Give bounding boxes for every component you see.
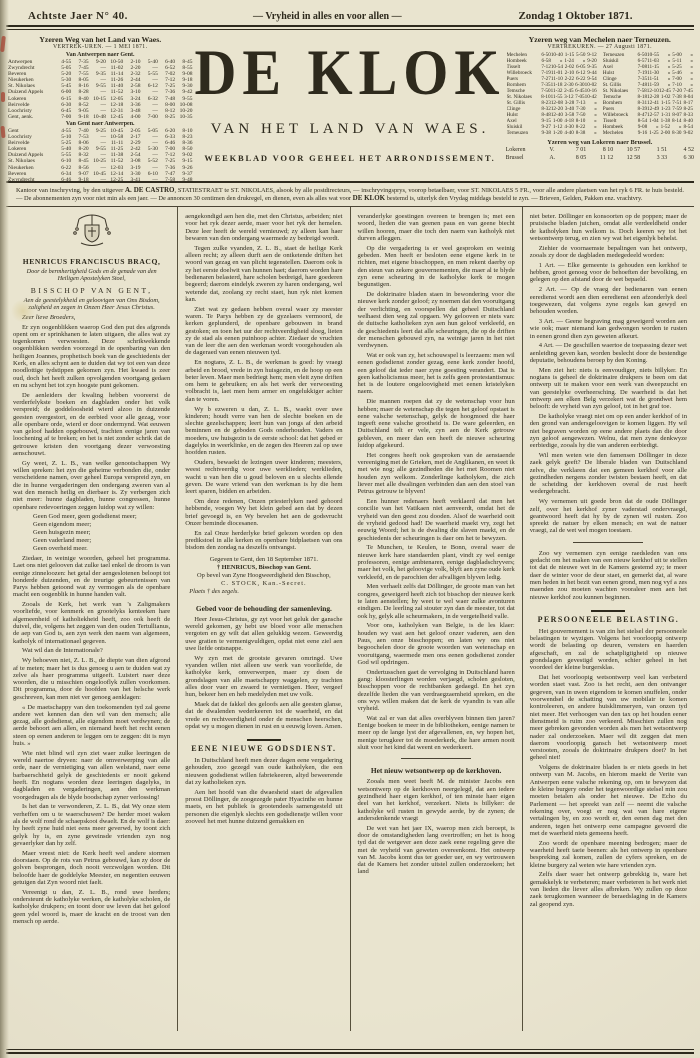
- signature-block: Gegeven te Gent, den 18 September 1871.†…: [185, 556, 342, 597]
- letter-address: Aen de geestelykheid en geloovigen van O…: [17, 297, 166, 311]
- timetable-row: BrusselA.8 0511 1212 583 336 30: [506, 155, 694, 163]
- timetable-time: 2-00: [659, 130, 670, 136]
- timetable-time: —: [89, 177, 106, 181]
- notice-segment: bestemd is, uiterlyk den Vrydag middags …: [385, 195, 642, 202]
- body-paragraph: Wy behoeven niet, Z. L. B., de diepte va…: [13, 657, 170, 701]
- body-paragraph: Ziehier de voornaemste bepalingen van he…: [530, 245, 687, 260]
- timetable-station: Terneuzen: [507, 130, 540, 136]
- article-column-1: HENRICUS FRANCISCUS BRACQ,Door de bermhe…: [6, 207, 177, 1031]
- body-paragraph: Wy b ezweren u dan, Z. L. B., waekt over…: [185, 406, 342, 457]
- body-paragraph: En zal Onze herderlyke brief gelezen wor…: [185, 530, 342, 552]
- masthead-center: DE KLOK VAN HET LAND VAN WAES. WEEKBLAD …: [194, 33, 505, 181]
- timetable-time: 9-18: [71, 114, 88, 120]
- timetable-station: Zwyndrecht: [8, 177, 54, 181]
- timetable-waes-body: Van Antwerpen naer Gent.Antwerpen4-557-3…: [6, 52, 194, 181]
- body-paragraph: De wet van het jaer IX, waerop men zich …: [358, 825, 515, 876]
- notice-segment: A. DE CASTRO: [125, 186, 175, 194]
- timetable-time: —: [141, 177, 158, 181]
- section-divider: [401, 758, 471, 759]
- program-list-item: Geen God meer, geen godsdienst meer;: [33, 513, 170, 521]
- article-heading: Gebed voor de behouding der samenleving.: [187, 604, 340, 613]
- timetable-cell: 8 05: [565, 155, 586, 163]
- body-paragraph: Is het dan te verwonderen, Z. L. B., dat…: [13, 803, 170, 847]
- program-list-item: Geen huisgezin meer;: [33, 529, 170, 537]
- body-paragraph: Zelfs daer waer het ontwerp gebrekkig is…: [530, 871, 687, 907]
- timetable-direction-group: Terneuzen6-5010-55»5-00»Sluiskil6-5711-0…: [602, 52, 694, 136]
- body-paragraph: De doktrinaire bladen staen in bewonderi…: [358, 291, 515, 349]
- timetable-time: 12-25: [106, 177, 123, 181]
- timetable-cell: 4 52: [673, 147, 694, 155]
- bottom-rule: [6, 1049, 694, 1055]
- article-column-4: niet beter. Döllinger en konsoorten op d…: [522, 207, 694, 1031]
- body-paragraph: Zooals de Kerk, het werk van 's Zaligmak…: [13, 601, 170, 645]
- body-paragraph: Die mannen roepen dat zy de wetenschap v…: [358, 398, 515, 449]
- timetable-station: Gent, aenk.: [8, 114, 54, 120]
- body-paragraph: En nogtans, Z. L. B., de werkman is goed…: [185, 359, 342, 403]
- timetable-time: 7-00: [141, 114, 158, 120]
- body-paragraph: Wil men weten wie den famensen Döllinger…: [530, 452, 687, 496]
- body-paragraph: In Duitschland heeft men dezer dagen een…: [185, 757, 342, 786]
- timetable-time: 9-48: [175, 177, 192, 181]
- timetable-cell: 8 10: [592, 147, 613, 155]
- program-list: Geen God meer, geen godsdienst meer;Geen…: [33, 513, 170, 552]
- article-heading: Het nieuw wetsontwerp op de kerkhoven.: [360, 766, 513, 775]
- timetable-time: 8-30: [670, 130, 681, 136]
- timetable-time: »: [585, 130, 596, 136]
- notice-segment: Kantoor van inschryving, by den uitgever: [16, 187, 125, 194]
- body-paragraph: Het congres heeft ook gesproken van de a…: [358, 452, 515, 496]
- timetable-time: 9-38: [540, 130, 551, 136]
- timetable-cell: 6 30: [673, 155, 694, 163]
- timetable-brussels-rows: LokerenV.7 018 1010 571 514 52BrusselA.8…: [506, 147, 694, 162]
- timetable-cell: A.: [549, 155, 559, 163]
- timetable-cell: 11 12: [592, 155, 613, 163]
- edition-date: Zondag 1 Oktober 1871.: [463, 10, 688, 22]
- section-divider: [573, 542, 643, 543]
- article-column-3: veranderlyke goestingen overeen te breng…: [350, 207, 522, 1031]
- body-paragraph: Men ziet het: niets is eenvoudiger, niet…: [530, 367, 687, 411]
- timetable-waes: Yzeren Weg van het Land van Waes. VERTRE…: [6, 33, 194, 181]
- bishop-coat-of-arms-icon: [13, 213, 170, 254]
- body-paragraph: Gy weet, Z. L. B., van welke genootschap…: [13, 460, 170, 511]
- signature-line: † HENRICUS, Bisschop van Gent.: [185, 564, 342, 572]
- heading-ornament-rule: [591, 610, 625, 612]
- body-paragraph: Zoo wy vernemen zyn eenige raedsleden va…: [530, 550, 687, 601]
- timetable-row: Terneuzen9-381-204-408-38»: [506, 130, 598, 136]
- body-paragraph: Om deze redenen, Onzen priesterlyken rae…: [185, 498, 342, 527]
- timetable-time: 9-16: [636, 130, 647, 136]
- body-paragraph: Zooals men weet heeft M. de minister Jac…: [358, 778, 515, 822]
- body-paragraph: Ziet wat zy gedaen hebben overal waer zy…: [185, 306, 342, 357]
- timetable-row: Gent, aenk.7-009-1810-4812-454-007-008-2…: [6, 114, 194, 120]
- article-heading: EENE NIEUWE GODSDIENST.: [185, 744, 342, 753]
- timetable-subtitle: VERTREK-UREN. — 1 MEI 1871.: [6, 44, 194, 51]
- scan-edge: [0, 0, 9, 1058]
- body-paragraph: Dat het voorloopig wetsontwerp veel kan …: [530, 674, 687, 762]
- body-paragraph: veranderlyke goestingen overeen te breng…: [358, 213, 515, 242]
- body-paragraph: Men verhaelt zelfs dat Döllinger, de gro…: [358, 583, 515, 619]
- timetable-time: 10-35: [175, 114, 192, 120]
- timetable-row: Zwyndrecht6-469-18—12-253-41—7-589-48: [6, 177, 194, 181]
- body-paragraph: Heer Jesus-Christus, gy zyt voor het gel…: [185, 616, 342, 652]
- program-list-item: Geen eigendom meer;: [33, 521, 170, 529]
- timetable-time: 1-25: [647, 130, 658, 136]
- timetable-time: 6-46: [54, 177, 71, 181]
- body-paragraph: De katholyke vraegt niet om op een ander…: [530, 413, 687, 449]
- program-list-item: Geen vaderland meer;: [33, 537, 170, 545]
- body-paragraph: Wat zal er van dat alles overblyven binn…: [358, 715, 515, 751]
- program-list-item: Geen overheid meer.: [33, 545, 170, 553]
- newspaper-title: DE KLOK: [194, 40, 505, 105]
- article-columns: HENRICUS FRANCISCUS BRACQ,Door de bermhe…: [6, 207, 694, 1031]
- body-paragraph: 1 Art. — Elke gemeente is gehouden een k…: [530, 262, 687, 284]
- body-paragraph: « De maetschappy van den toekomenden tyd…: [13, 704, 170, 748]
- timetable-station: Mechelen: [603, 130, 636, 136]
- timetable-mechelen: Yzeren weg van Mechelen naer Terneuzen. …: [506, 33, 694, 181]
- subscription-notice: Kantoor van inschryving, by den uitgever…: [0, 183, 700, 206]
- timetable-time: 7-00: [54, 114, 71, 120]
- timetable-time: 12-45: [106, 114, 123, 120]
- body-paragraph: Een hunner redenaers heeft verklaerd dat…: [358, 498, 515, 542]
- motto: — Vryheid in alles en voor allen —: [253, 11, 463, 22]
- timetable-time: 9-18: [71, 177, 88, 181]
- timetable-title: Yzeren Weg van het Land van Waes.: [6, 35, 194, 44]
- timetable-time: 8-38: [574, 130, 585, 136]
- author-title: Door de bermhertigheid Gods en de genade…: [21, 268, 162, 282]
- timetable-cell: 10 57: [619, 147, 640, 155]
- timetable-section-label: Van Antwerpen naer Gent.: [6, 52, 194, 59]
- masthead: Yzeren Weg van het Land van Waes. VERTRE…: [0, 30, 700, 181]
- signature-line: Op bevel van Zyne Hoogweerdigheid den Bi…: [185, 572, 342, 580]
- body-paragraph: De aenleiders der kwaling hebben vooreer…: [13, 392, 170, 458]
- body-paragraph: Zoo wordt de openbare meening bedrogen; …: [530, 840, 687, 869]
- body-paragraph: Ziedaer, in weinige woorden, geheel het …: [13, 555, 170, 599]
- body-paragraph: Wy vernemen uit goede bron dat de oude D…: [530, 498, 687, 534]
- body-paragraph: 2 Art. — Op de vraeg der bedienaren van …: [530, 286, 687, 315]
- signature-line: C. STOCK, Kan.-Secret.: [185, 580, 342, 588]
- timetable-time: 7-58: [158, 177, 175, 181]
- body-paragraph: Volgens de doktrinaire bladen is er niet…: [530, 764, 687, 837]
- timetable-cell: 7 01: [565, 147, 586, 155]
- timetable-cell: Lokeren: [506, 147, 544, 155]
- body-paragraph: Tegen zulke vyanden, Z. L. B., staet de …: [185, 245, 342, 303]
- body-paragraph: Er zyn oogenblikken waerop God den put d…: [13, 324, 170, 390]
- body-paragraph: Op die vergadering is er veel gesproken …: [358, 245, 515, 289]
- body-paragraph: Ouders, bewaekt de lezingen uwer kindere…: [185, 459, 342, 495]
- timetable-title: Yzeren weg van Mechelen naer Terneuzen.: [506, 35, 694, 44]
- body-paragraph: Voor ons, katholyken van Belgie, is de l…: [358, 622, 515, 666]
- paper-stain: [10, 300, 36, 322]
- author-name: HENRICUS FRANCISCUS BRACQ,: [13, 257, 170, 266]
- timetable-time: 9-02: [682, 130, 693, 136]
- timetable-time: 4-40: [562, 130, 573, 136]
- timetable-direction-group: Mechelen6-5010-401-155-509-12Hombeek6-58…: [506, 52, 598, 136]
- timetable-cell: 3 33: [646, 155, 667, 163]
- timetable-row: LokerenV.7 018 1010 571 514 52: [506, 147, 694, 155]
- timetable-time: 10-48: [89, 114, 106, 120]
- body-paragraph: Vereenigt u dan, Z. L. B., rond uwe herd…: [13, 889, 170, 925]
- issue-number: Achtste Jaer N° 40.: [28, 10, 253, 22]
- body-paragraph: Maer vreest niet: de Kerk heeft wel ande…: [13, 850, 170, 886]
- timetable-cell: 1 51: [646, 147, 667, 155]
- red-ink-mark: [1, 92, 5, 102]
- body-paragraph: 3 Art. — Geene begraving mag geweigerd w…: [530, 318, 687, 340]
- timetable-time: 1-20: [551, 130, 562, 136]
- timetable-cell: V.: [549, 147, 559, 155]
- body-paragraph: Maek dat de fakkel des geloofs aen alle …: [185, 701, 342, 730]
- body-paragraph: niet beter. Döllinger en konsoorten op d…: [530, 213, 687, 242]
- article-column-2: aengekondigd aen hen die, met den Christ…: [177, 207, 349, 1031]
- heading-ornament-rule: [247, 739, 281, 741]
- top-bar: Achtste Jaer N° 40. — Vryheid in alles e…: [0, 0, 700, 25]
- timetable-mtv-groups: Mechelen6-5010-401-155-509-12Hombeek6-58…: [506, 52, 694, 136]
- timetable-cell: Brussel: [506, 155, 544, 163]
- body-paragraph: Wat wil dan de Internationale?: [13, 647, 170, 654]
- signature-line: Gegeven te Gent, den 18 September 1871.: [185, 556, 342, 564]
- body-paragraph: Aen het hoofd van die dwaesheid staet de…: [185, 789, 342, 825]
- timetable-row: Mechelen9-161-252-008-309-02: [602, 130, 694, 136]
- timetable-cell: 12 58: [619, 155, 640, 163]
- body-paragraph: Ondertusschen gaet de vervolging in Duit…: [358, 669, 515, 713]
- body-paragraph: Te Munchen, te Keulen, te Bonn, overal w…: [358, 544, 515, 580]
- notice-segment: DE KLOK: [353, 194, 385, 202]
- timetable-time: 8-25: [158, 114, 175, 120]
- timetable-subtitle: VERTREKUREN. — 27 Augusti 1871.: [506, 44, 694, 51]
- newspaper-page: Achtste Jaer N° 40. — Vryheid in alles e…: [0, 0, 700, 1058]
- letter-salutation: Zeer lieve Broeders,: [13, 314, 170, 321]
- timetable-brussels-title: Yzeren weg van Lokeren naer Brussel.: [506, 139, 694, 147]
- newspaper-tagline: WEEKBLAD VOOR GEHEEL HET ARRONDISSEMENT.: [204, 153, 495, 163]
- body-paragraph: Het gouvernement is van zin het stelsel …: [530, 628, 687, 672]
- body-paragraph: aengekondigd aen hen die, met den Christ…: [185, 213, 342, 242]
- signature-line: Plaets † des zegels.: [185, 588, 342, 596]
- body-paragraph: Wie niet blind wil zyn ziet waer zulke l…: [13, 750, 170, 801]
- author-role: BISSCHOP VAN GENT,: [13, 286, 170, 295]
- body-paragraph: 4 Art. — De geschillen waertoe de toepas…: [530, 342, 687, 364]
- article-heading: PERSOONEELE BELASTING.: [530, 615, 687, 624]
- timetable-time: 4-00: [123, 114, 140, 120]
- body-paragraph: Wat er ook van zy, het schouwspel is lee…: [358, 352, 515, 396]
- newspaper-subtitle: VAN HET LAND VAN WAES.: [211, 121, 490, 138]
- timetable-time: 3-41: [123, 177, 140, 181]
- body-paragraph: Wy zyn met de grootste gevaren omringd. …: [185, 655, 342, 699]
- timetable-section-label: Van Gent naer Antwerpen.: [6, 121, 194, 128]
